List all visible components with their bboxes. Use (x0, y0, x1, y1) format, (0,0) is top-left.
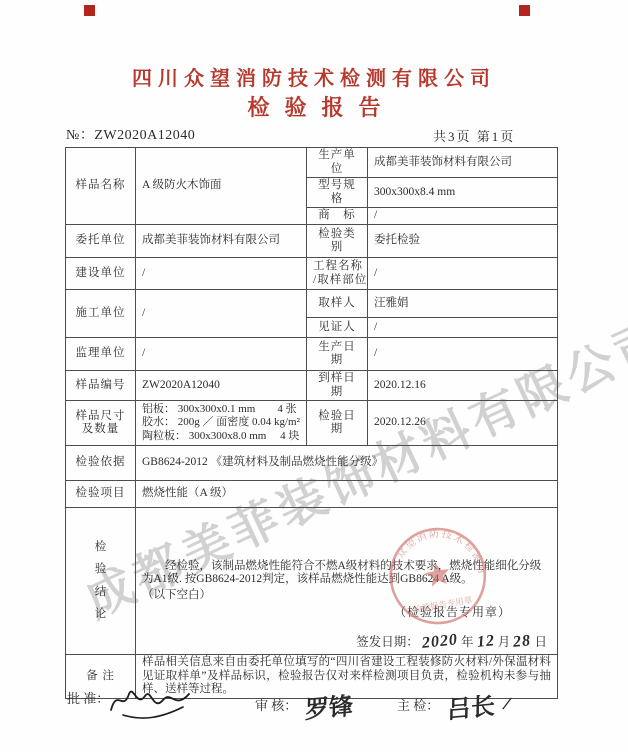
project-name-label-line2: /取样部位 (313, 274, 361, 288)
approve-signature (103, 682, 199, 724)
trademark-value: / (368, 208, 558, 225)
chief-signature: 吕长 (446, 686, 494, 725)
sample-name-value: A 级防火木饰面 (136, 148, 307, 225)
conclusion-label-char2: 验 (72, 563, 129, 577)
construction-unit-value: / (136, 290, 307, 338)
chief-signature-stroke: / (500, 693, 512, 717)
conclusion-label-char1: 检 (72, 541, 129, 555)
model-spec-label: 型号规格 (307, 178, 368, 208)
company-title: 四川众望消防技术检测有限公司 (0, 62, 628, 91)
table-row: 委托单位 成都美菲装饰材料有限公司 检验类别 委托检验 (66, 225, 558, 258)
sample-size-line3: 陶粒板： 300x300x8.0 mm 4 块 (142, 430, 300, 444)
basis-label: 检验依据 (66, 446, 136, 481)
sample-size-line2: 胶水： 200g ／ 面密度 0.04 kg/m² (142, 416, 300, 430)
inspection-date-label: 检验日期 (307, 401, 368, 446)
signature-line: 批 准： 审 核： 罗锋 主 检： 吕长 / (65, 684, 565, 734)
construction-owner-value: / (136, 258, 307, 290)
sign-date-day-unit: 日 (534, 635, 547, 649)
approve-field: 批 准： (67, 688, 109, 707)
sign-date-line: 签发日期： 2020 年 12 月 28 日 (356, 635, 547, 650)
production-unit-value: 成都美菲装饰材料有限公司 (368, 148, 558, 178)
arrival-date-value: 2020.12.16 (368, 371, 558, 401)
sampler-label: 取样人 (307, 290, 368, 318)
inspection-type-value: 委托检验 (368, 225, 558, 258)
sample-no-value: ZW2020A12040 (136, 371, 307, 401)
conclusion-label-char4: 论 (72, 608, 129, 622)
red-corner-mark-left (84, 5, 95, 16)
construction-unit-label: 施工单位 (66, 290, 136, 338)
client-unit-label: 委托单位 (66, 225, 136, 258)
table-row: 样品编号 ZW2020A12040 到样日期 2020.12.16 (66, 371, 558, 401)
inspection-type-label: 检验类别 (307, 225, 368, 258)
project-name-label: 工程名称 /取样部位 (307, 258, 368, 290)
sample-size-label-line1: 样品尺寸 (72, 410, 129, 424)
supervision-unit-value: / (136, 338, 307, 371)
sample-size-label: 样品尺寸 及数量 (66, 401, 136, 446)
sample-size-line1: 铝板： 300x300x0.1 mm 4 张 (142, 403, 300, 417)
review-field: 审 核： 罗锋 (255, 688, 353, 723)
project-name-value: / (368, 258, 558, 290)
witness-value: / (368, 318, 558, 338)
conclusion-label: 检 验 结 论 (66, 508, 136, 655)
production-unit-label: 生产单位 (307, 148, 368, 178)
items-value: 燃烧性能（A 级） (136, 481, 558, 508)
construction-owner-label: 建设单位 (66, 258, 136, 290)
sign-date-year: 2020 (421, 633, 458, 650)
arrival-date-label: 到样日期 (307, 371, 368, 401)
sample-name-label: 样品名称 (66, 148, 136, 225)
report-title: 检验报告 (0, 91, 628, 122)
review-label: 审 核： (255, 698, 297, 713)
table-row: 建设单位 / 工程名称 /取样部位 / (66, 258, 558, 290)
conclusion-label-char3: 结 (72, 586, 129, 600)
inspection-report-seal: 四川众望消防技术检测有限公司 检验报告专用章 (375, 515, 502, 638)
production-date-value: / (368, 338, 558, 371)
page-count: 共3页 第1页 (433, 126, 515, 145)
model-spec-value: 300x300x8.4 mm (368, 178, 558, 208)
sign-date-month-unit: 月 (498, 635, 511, 649)
report-number: №：ZW2020A12040 (66, 124, 195, 144)
client-unit-value: 成都美菲装饰材料有限公司 (136, 225, 307, 258)
sign-date-month: 12 (476, 634, 495, 649)
table-row: 检验项目 燃烧性能（A 级） (66, 481, 558, 508)
table-row: 监理单位 / 生产日期 / (66, 338, 558, 371)
sign-date-label: 签发日期： (356, 635, 419, 649)
table-row: 检验依据 GB8624-2012 《建筑材料及制品燃烧性能分级》 (66, 446, 558, 481)
sign-date-day: 28 (513, 634, 532, 649)
review-signature: 罗锋 (304, 686, 352, 725)
trademark-label: 商 标 (307, 208, 368, 225)
supervision-unit-label: 监理单位 (66, 338, 136, 371)
red-corner-mark-right (519, 5, 530, 16)
seal-star-icon (423, 560, 452, 587)
inspection-date-value: 2020.12.26 (368, 401, 558, 446)
table-row: 施工单位 / 取样人 汪雅娟 (66, 290, 558, 318)
production-date-label: 生产日期 (307, 338, 368, 371)
chief-label: 主 检： (397, 698, 439, 713)
sample-size-value: 铝板： 300x300x0.1 mm 4 张 胶水： 200g ／ 面密度 0.… (136, 401, 307, 446)
sample-size-label-line2: 及数量 (72, 423, 129, 437)
report-number-label: №： (66, 128, 94, 143)
seal-bottom-text: 检验报告专用章 (413, 594, 474, 614)
witness-label: 见证人 (307, 318, 368, 338)
project-name-label-line1: 工程名称 (313, 260, 361, 274)
basis-value: GB8624-2012 《建筑材料及制品燃烧性能分级》 (136, 446, 558, 481)
items-label: 检验项目 (66, 481, 136, 508)
chief-field: 主 检： 吕长 / (397, 688, 509, 723)
sample-no-label: 样品编号 (66, 371, 136, 401)
report-number-value: ZW2020A12040 (94, 128, 195, 143)
sampler-value: 汪雅娟 (368, 290, 558, 318)
sign-date-year-unit: 年 (461, 635, 474, 649)
table-row: 样品尺寸 及数量 铝板： 300x300x0.1 mm 4 张 胶水： 200g… (66, 401, 558, 446)
table-row: 样品名称 A 级防火木饰面 生产单位 成都美菲装饰材料有限公司 (66, 148, 558, 178)
